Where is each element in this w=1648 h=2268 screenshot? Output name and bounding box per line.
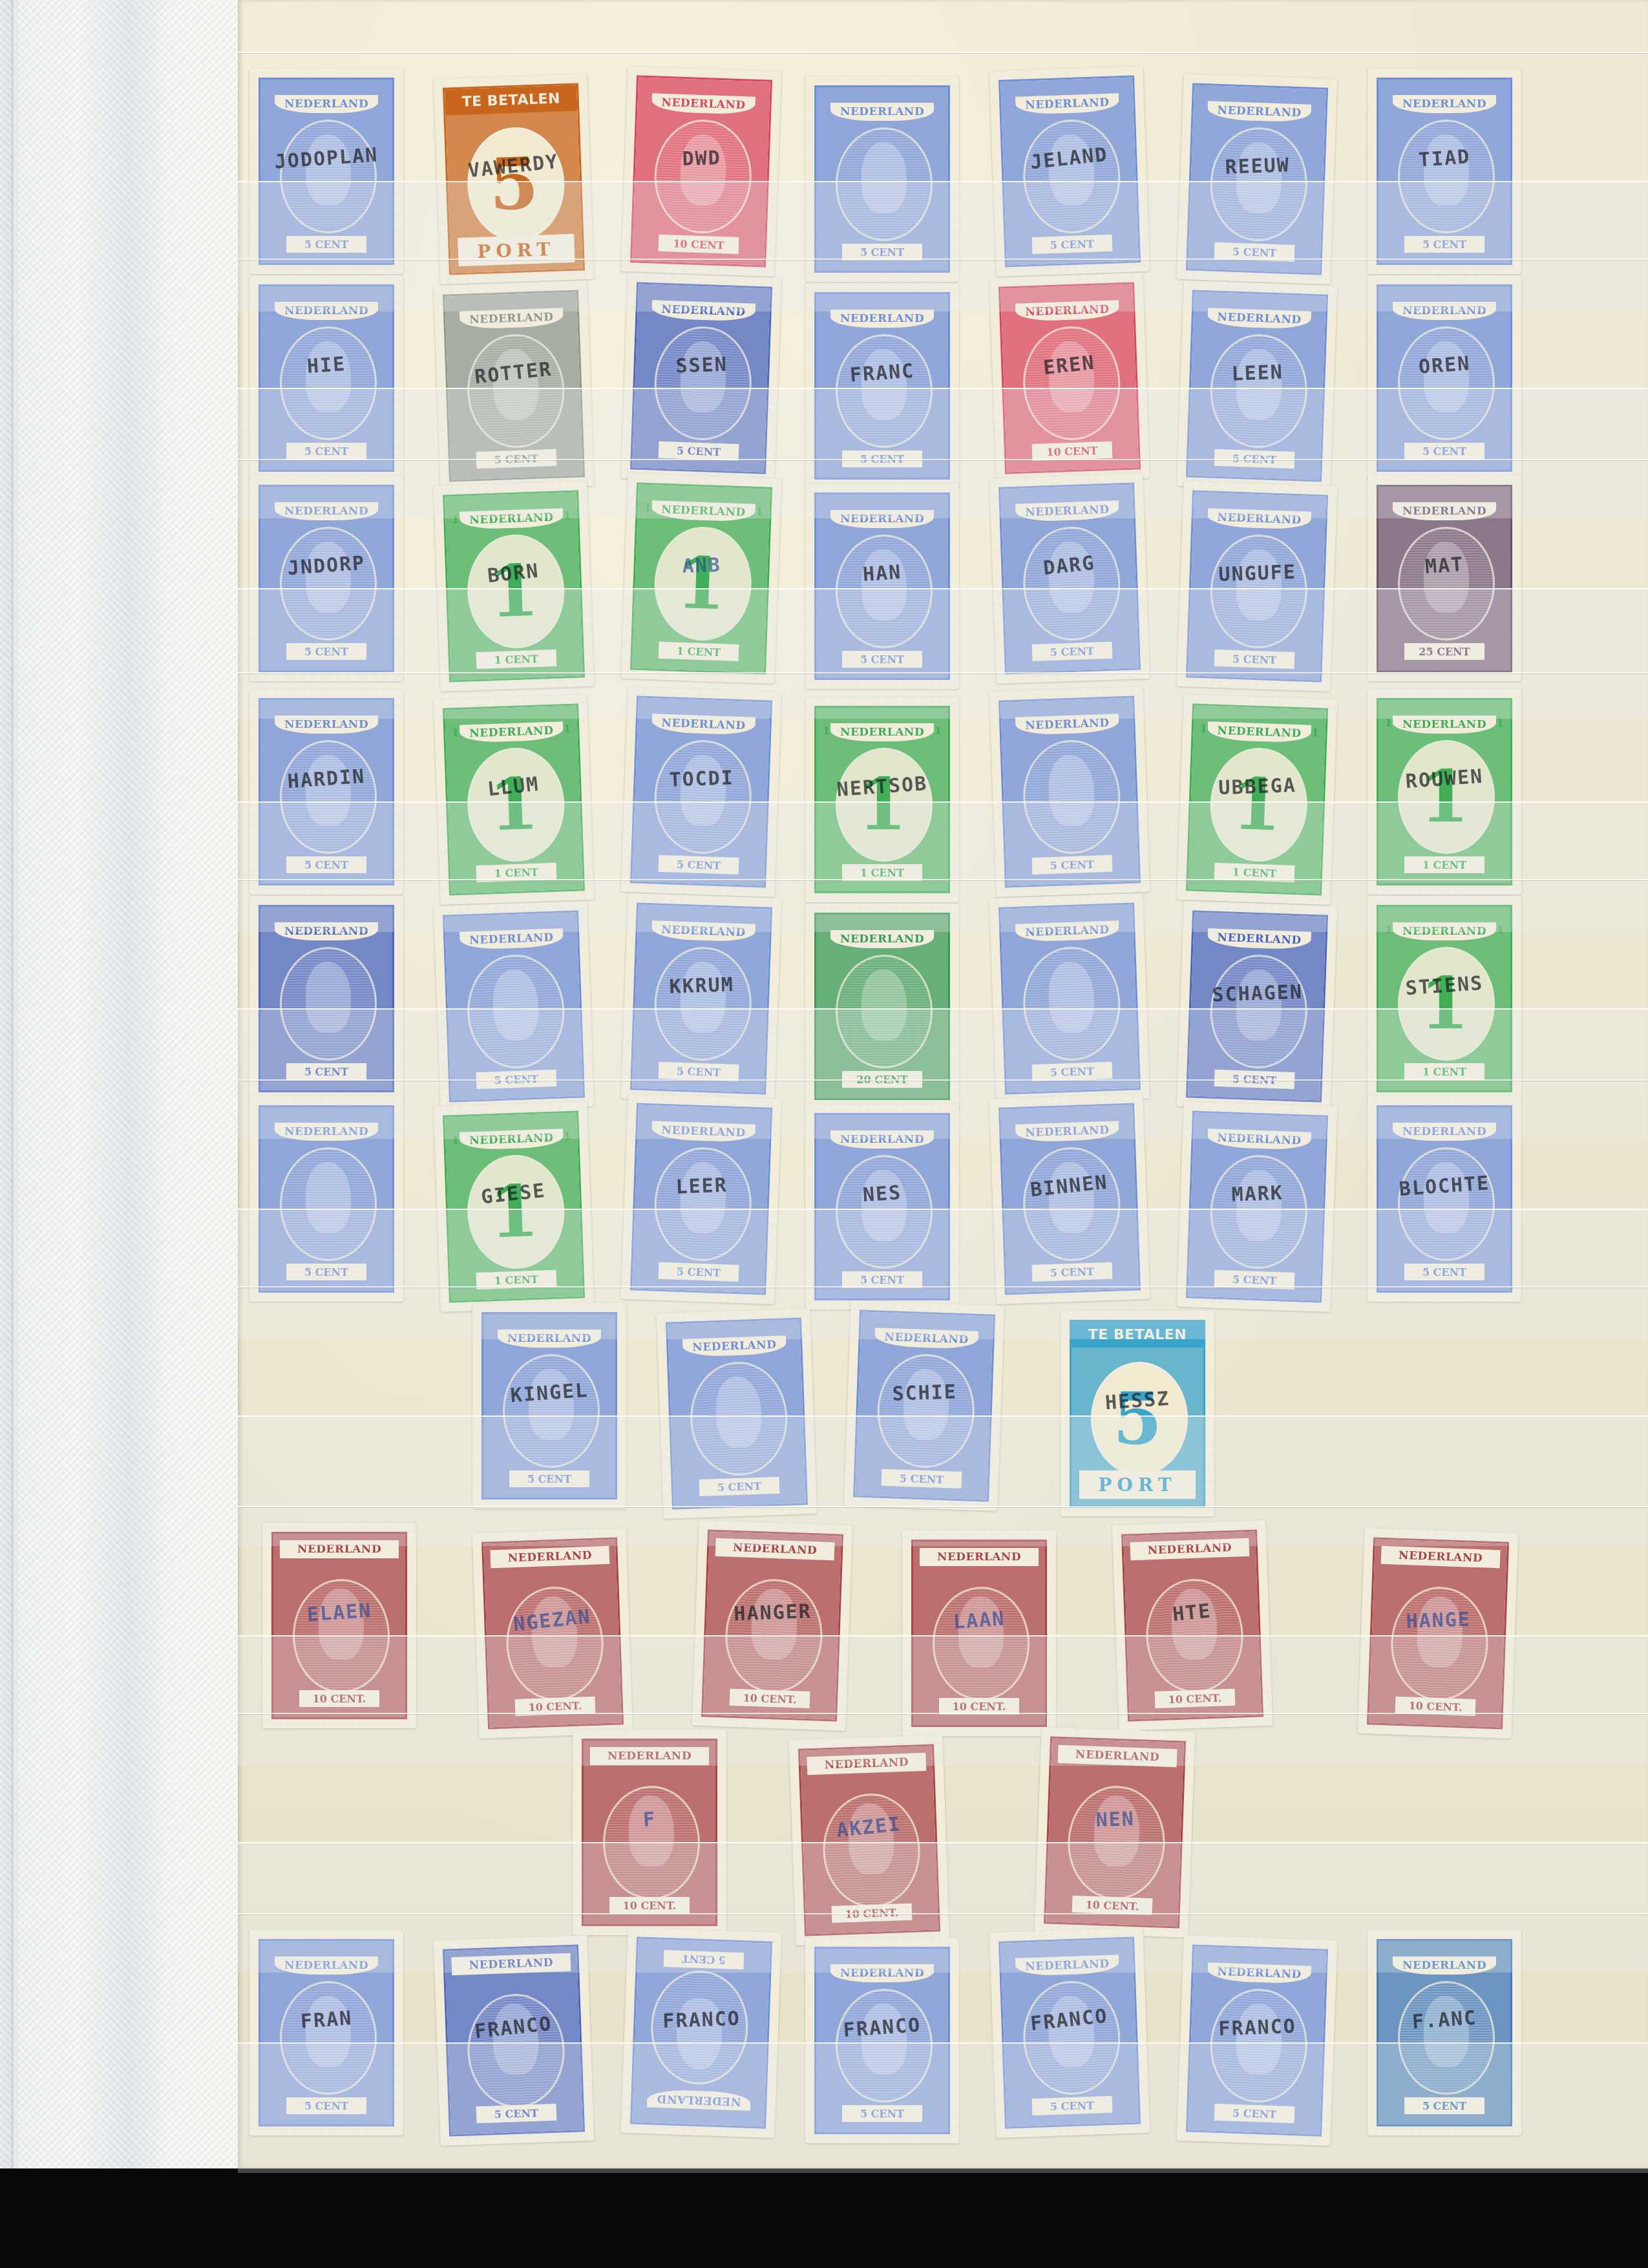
scan-background	[0, 2168, 1648, 2268]
glassine-strip	[238, 1842, 1648, 1973]
stamp-corner-numeral: 1	[935, 725, 942, 737]
stamp-country-label: NEDERLAND	[490, 1546, 609, 1568]
glassine-strip	[238, 388, 1648, 518]
stamp-country-label: NEDERLAND	[275, 95, 378, 113]
stamp-country-label: NEDERLAND	[460, 721, 564, 743]
stamp-corner-numeral: 1	[823, 725, 830, 737]
glassine-strip	[238, 1635, 1648, 1766]
stamp-country-label: NEDERLAND	[1393, 95, 1496, 113]
stamp-corner-numeral: 1	[564, 723, 571, 735]
stamp-country-label: NEDERLAND	[1207, 721, 1311, 743]
stamp-country-label: NEDERLAND	[1015, 93, 1119, 115]
strip-edge	[238, 1713, 1648, 1714]
stamp-country-label: TE BETALEN	[445, 85, 577, 116]
glassine-strip	[238, 588, 1648, 719]
binding-fold	[12, 0, 16, 2168]
glassine-strip	[238, 801, 1648, 932]
album-binding	[0, 0, 239, 2168]
strip-edge	[238, 1913, 1648, 1914]
stamp-country-label: NEDERLAND	[830, 310, 934, 328]
strip-edge	[238, 672, 1648, 673]
stamp-corner-numeral: 1	[452, 726, 460, 739]
stamp-country-label: NEDERLAND	[651, 93, 755, 115]
glassine-strip	[238, 181, 1648, 312]
stamp-country-label: NEDERLAND	[1207, 101, 1311, 123]
strip-edge	[238, 1079, 1648, 1081]
glassine-strip	[238, 1008, 1648, 1139]
strip-edge	[238, 879, 1648, 880]
stamp-country-label: NEDERLAND	[920, 1548, 1039, 1566]
strip-edge	[238, 459, 1648, 460]
strip-edge	[238, 1286, 1648, 1288]
stamp-country-label: NEDERLAND	[830, 103, 934, 121]
stamp-corner-numeral: 1	[1311, 726, 1319, 739]
glassine-strip	[238, 2042, 1648, 2173]
glassine-strip	[238, 1415, 1648, 1546]
strip-edge	[238, 52, 1648, 53]
stamp-country-label: NEDERLAND	[830, 723, 934, 741]
strip-edge	[238, 259, 1648, 260]
strip-edge	[238, 1506, 1648, 1507]
stamp-country-label: NEDERLAND	[1381, 1546, 1501, 1568]
stamp-corner-numeral: 1	[1199, 723, 1207, 735]
glassine-strip	[238, 1209, 1648, 1339]
stamp-country-label: NEDERLAND	[830, 930, 934, 948]
